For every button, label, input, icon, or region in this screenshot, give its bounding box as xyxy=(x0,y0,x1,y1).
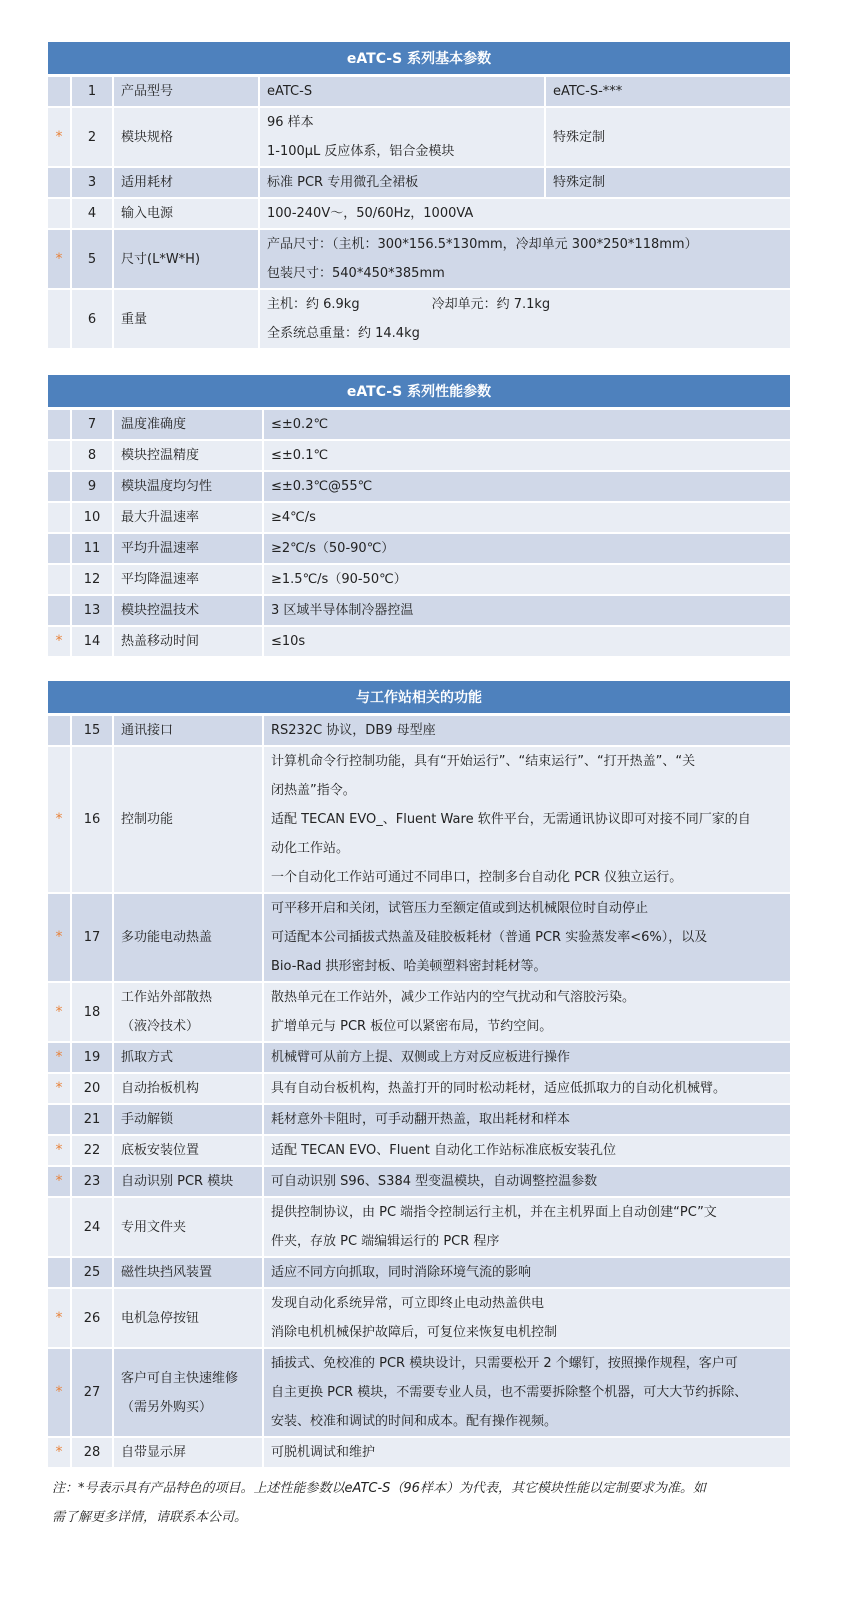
feature-star xyxy=(48,77,72,108)
param-value: ≤10s xyxy=(264,627,790,658)
footnote: 注：*号表示具有产品特色的项目。上述性能参数以eATC-S（96样本）为代表，其… xyxy=(52,1474,792,1532)
table-row: * 28 自带显示屏 可脱机调试和维护 xyxy=(48,1438,790,1469)
row-number: 1 xyxy=(72,77,114,108)
param-value: ≤±0.2℃ xyxy=(264,410,790,441)
param-custom: 特殊定制 xyxy=(546,168,790,199)
row-number: 6 xyxy=(72,290,114,350)
feature-star: * xyxy=(48,1136,72,1167)
param-value: RS232C 协议，DB9 母型座 xyxy=(264,716,790,747)
param-value: 主机：约 6.9kg冷却单元：约 7.1kg 全系统总重量：约 14.4kg xyxy=(260,290,790,350)
param-value: ≤±0.3℃@55℃ xyxy=(264,472,790,503)
row-number: 19 xyxy=(72,1043,114,1074)
param-value: 可脱机调试和维护 xyxy=(264,1438,790,1469)
param-value: 耗材意外卡阻时，可手动翻开热盖，取出耗材和样本 xyxy=(264,1105,790,1136)
table-row: 9 模块温度均匀性 ≤±0.3℃@55℃ xyxy=(48,472,790,503)
table-row: * 27 客户可自主快速维修 （需另外购买） 插拔式、免校准的 PCR 模块设计… xyxy=(48,1349,790,1438)
row-number: 16 xyxy=(72,747,114,894)
param-value: 具有自动台板机构，热盖打开的同时松动耗材，适应低抓取力的自动化机械臂。 xyxy=(264,1074,790,1105)
param-name: 输入电源 xyxy=(114,199,260,230)
feature-star: * xyxy=(48,1043,72,1074)
feature-star xyxy=(48,290,72,350)
row-number: 8 xyxy=(72,441,114,472)
feature-star xyxy=(48,534,72,565)
table-row: 8 模块控温精度 ≤±0.1℃ xyxy=(48,441,790,472)
row-number: 27 xyxy=(72,1349,114,1438)
param-value: 标准 PCR 专用微孔全裙板 xyxy=(260,168,546,199)
table-row: 15 通讯接口 RS232C 协议，DB9 母型座 xyxy=(48,716,790,747)
feature-star xyxy=(48,503,72,534)
table-row: * 23 自动识别 PCR 模块 可自动识别 S96、S384 型变温模块，自动… xyxy=(48,1167,790,1198)
param-value: eATC-S xyxy=(260,77,546,108)
feature-star: * xyxy=(48,1074,72,1105)
footnote-line-1: 注：*号表示具有产品特色的项目。上述性能参数以eATC-S（96样本）为代表，其… xyxy=(52,1474,792,1503)
table-row: 7 温度准确度 ≤±0.2℃ xyxy=(48,410,790,441)
table-row: * 16 控制功能 计算机命令行控制功能，具有“开始运行”、“结束运行”、“打开… xyxy=(48,747,790,894)
feature-star xyxy=(48,472,72,503)
workstation-functions-table: 与工作站相关的功能 15 通讯接口 RS232C 协议，DB9 母型座 * 16… xyxy=(48,681,790,1469)
row-number: 26 xyxy=(72,1289,114,1349)
param-value: 100-240V～，50/60Hz，1000VA xyxy=(260,199,790,230)
param-value: 可平移开启和关闭，试管压力至额定值或到达机械限位时自动停止 可适配本公司插拔式热… xyxy=(264,894,790,983)
row-number: 2 xyxy=(72,108,114,168)
row-number: 7 xyxy=(72,410,114,441)
param-name: 尺寸(L*W*H) xyxy=(114,230,260,290)
param-value: 散热单元在工作站外，减少工作站内的空气扰动和气溶胶污染。 扩增单元与 PCR 板… xyxy=(264,983,790,1043)
param-name: 产品型号 xyxy=(114,77,260,108)
feature-star xyxy=(48,1258,72,1289)
feature-star xyxy=(48,410,72,441)
table-row: * 2 模块规格 96 样本 1-100μL 反应体系，铝合金模块 特殊定制 xyxy=(48,108,790,168)
feature-star: * xyxy=(48,108,72,168)
param-value: 插拔式、免校准的 PCR 模块设计，只需要松开 2 个螺钉，按照操作规程，客户可… xyxy=(264,1349,790,1438)
table-row: 13 模块控温技术 3 区域半导体制冷器控温 xyxy=(48,596,790,627)
param-value: ≥4℃/s xyxy=(264,503,790,534)
param-name: 平均降温速率 xyxy=(114,565,264,596)
row-number: 14 xyxy=(72,627,114,658)
table-row: * 20 自动抬板机构 具有自动台板机构，热盖打开的同时松动耗材，适应低抓取力的… xyxy=(48,1074,790,1105)
table-row: * 14 热盖移动时间 ≤10s xyxy=(48,627,790,658)
param-value: 发现自动化系统异常，可立即终止电动热盖供电 消除电机机械保护故障后，可复位来恢复… xyxy=(264,1289,790,1349)
table-row: 24 专用文件夹 提供控制协议，由 PC 端指令控制运行主机，并在主机界面上自动… xyxy=(48,1198,790,1258)
row-number: 20 xyxy=(72,1074,114,1105)
table-row: 6 重量 主机：约 6.9kg冷却单元：约 7.1kg 全系统总重量：约 14.… xyxy=(48,290,790,350)
feature-star: * xyxy=(48,1438,72,1469)
param-name: 自带显示屏 xyxy=(114,1438,264,1469)
feature-star: * xyxy=(48,894,72,983)
param-name: 热盖移动时间 xyxy=(114,627,264,658)
basic-params-title: eATC-S 系列基本参数 xyxy=(48,42,790,77)
row-number: 5 xyxy=(72,230,114,290)
table-row: * 26 电机急停按钮 发现自动化系统异常，可立即终止电动热盖供电 消除电机机械… xyxy=(48,1289,790,1349)
param-name: 磁性块挡风装置 xyxy=(114,1258,264,1289)
param-name: 模块温度均匀性 xyxy=(114,472,264,503)
row-number: 23 xyxy=(72,1167,114,1198)
param-name: 平均升温速率 xyxy=(114,534,264,565)
row-number: 4 xyxy=(72,199,114,230)
feature-star xyxy=(48,1198,72,1258)
feature-star: * xyxy=(48,1167,72,1198)
footnote-line-2: 需了解更多详情，请联系本公司。 xyxy=(52,1503,792,1532)
param-value: 机械臂可从前方上提、双侧或上方对反应板进行操作 xyxy=(264,1043,790,1074)
table-row: 21 手动解锁 耗材意外卡阻时，可手动翻开热盖，取出耗材和样本 xyxy=(48,1105,790,1136)
table-row: * 5 尺寸(L*W*H) 产品尺寸：（主机：300*156.5*130mm，冷… xyxy=(48,230,790,290)
row-number: 17 xyxy=(72,894,114,983)
param-name: 自动抬板机构 xyxy=(114,1074,264,1105)
param-name: 模块控温技术 xyxy=(114,596,264,627)
param-value: ≥2℃/s（50-90℃） xyxy=(264,534,790,565)
row-number: 21 xyxy=(72,1105,114,1136)
param-name: 自动识别 PCR 模块 xyxy=(114,1167,264,1198)
table-row: 25 磁性块挡风装置 适应不同方向抓取，同时消除环境气流的影响 xyxy=(48,1258,790,1289)
row-number: 11 xyxy=(72,534,114,565)
row-number: 13 xyxy=(72,596,114,627)
feature-star: * xyxy=(48,627,72,658)
row-number: 3 xyxy=(72,168,114,199)
row-number: 15 xyxy=(72,716,114,747)
param-name: 模块规格 xyxy=(114,108,260,168)
param-name: 工作站外部散热 （液冷技术） xyxy=(114,983,264,1043)
param-value: 计算机命令行控制功能，具有“开始运行”、“结束运行”、“打开热盖”、“关 闭热盖… xyxy=(264,747,790,894)
row-number: 28 xyxy=(72,1438,114,1469)
row-number: 25 xyxy=(72,1258,114,1289)
feature-star: * xyxy=(48,747,72,894)
param-name: 控制功能 xyxy=(114,747,264,894)
param-name: 多功能电动热盖 xyxy=(114,894,264,983)
table-row: 11 平均升温速率 ≥2℃/s（50-90℃） xyxy=(48,534,790,565)
param-value: ≤±0.1℃ xyxy=(264,441,790,472)
table-row: * 17 多功能电动热盖 可平移开启和关闭，试管压力至额定值或到达机械限位时自动… xyxy=(48,894,790,983)
table-row: * 18 工作站外部散热 （液冷技术） 散热单元在工作站外，减少工作站内的空气扰… xyxy=(48,983,790,1043)
feature-star xyxy=(48,596,72,627)
feature-star xyxy=(48,441,72,472)
param-name: 最大升温速率 xyxy=(114,503,264,534)
row-number: 10 xyxy=(72,503,114,534)
feature-star xyxy=(48,199,72,230)
feature-star: * xyxy=(48,230,72,290)
row-number: 22 xyxy=(72,1136,114,1167)
param-value: 3 区域半导体制冷器控温 xyxy=(264,596,790,627)
table-row: 3 适用耗材 标准 PCR 专用微孔全裙板 特殊定制 xyxy=(48,168,790,199)
feature-star: * xyxy=(48,1349,72,1438)
param-name: 模块控温精度 xyxy=(114,441,264,472)
param-value: 适应不同方向抓取，同时消除环境气流的影响 xyxy=(264,1258,790,1289)
param-value: 产品尺寸：（主机：300*156.5*130mm，冷却单元 300*250*11… xyxy=(260,230,790,290)
basic-params-table: eATC-S 系列基本参数 1 产品型号 eATC-S eATC-S-*** *… xyxy=(48,42,790,350)
performance-params-table: eATC-S 系列性能参数 7 温度准确度 ≤±0.2℃ 8 模块控温精度 ≤±… xyxy=(48,375,790,658)
workstation-functions-title: 与工作站相关的功能 xyxy=(48,681,790,716)
table-row: 4 输入电源 100-240V～，50/60Hz，1000VA xyxy=(48,199,790,230)
feature-star xyxy=(48,1105,72,1136)
row-number: 12 xyxy=(72,565,114,596)
table-row: 10 最大升温速率 ≥4℃/s xyxy=(48,503,790,534)
param-name: 手动解锁 xyxy=(114,1105,264,1136)
feature-star xyxy=(48,168,72,199)
row-number: 9 xyxy=(72,472,114,503)
table-row: * 19 抓取方式 机械臂可从前方上提、双侧或上方对反应板进行操作 xyxy=(48,1043,790,1074)
param-name: 抓取方式 xyxy=(114,1043,264,1074)
param-name: 专用文件夹 xyxy=(114,1198,264,1258)
param-custom: 特殊定制 xyxy=(546,108,790,168)
param-name: 客户可自主快速维修 （需另外购买） xyxy=(114,1349,264,1438)
table-row: 1 产品型号 eATC-S eATC-S-*** xyxy=(48,77,790,108)
table-row: * 22 底板安装位置 适配 TECAN EVO、Fluent 自动化工作站标准… xyxy=(48,1136,790,1167)
param-name: 电机急停按钮 xyxy=(114,1289,264,1349)
param-name: 重量 xyxy=(114,290,260,350)
feature-star: * xyxy=(48,1289,72,1349)
performance-params-title: eATC-S 系列性能参数 xyxy=(48,375,790,410)
feature-star: * xyxy=(48,983,72,1043)
param-value: 适配 TECAN EVO、Fluent 自动化工作站标准底板安装孔位 xyxy=(264,1136,790,1167)
param-value: 可自动识别 S96、S384 型变温模块，自动调整控温参数 xyxy=(264,1167,790,1198)
param-name: 温度准确度 xyxy=(114,410,264,441)
param-value: ≥1.5℃/s（90-50℃） xyxy=(264,565,790,596)
row-number: 24 xyxy=(72,1198,114,1258)
param-name: 通讯接口 xyxy=(114,716,264,747)
feature-star xyxy=(48,565,72,596)
param-value: 提供控制协议，由 PC 端指令控制运行主机，并在主机界面上自动创建“PC”文 件… xyxy=(264,1198,790,1258)
param-value: 96 样本 1-100μL 反应体系，铝合金模块 xyxy=(260,108,546,168)
param-custom: eATC-S-*** xyxy=(546,77,790,108)
row-number: 18 xyxy=(72,983,114,1043)
param-name: 适用耗材 xyxy=(114,168,260,199)
param-name: 底板安装位置 xyxy=(114,1136,264,1167)
table-row: 12 平均降温速率 ≥1.5℃/s（90-50℃） xyxy=(48,565,790,596)
feature-star xyxy=(48,716,72,747)
